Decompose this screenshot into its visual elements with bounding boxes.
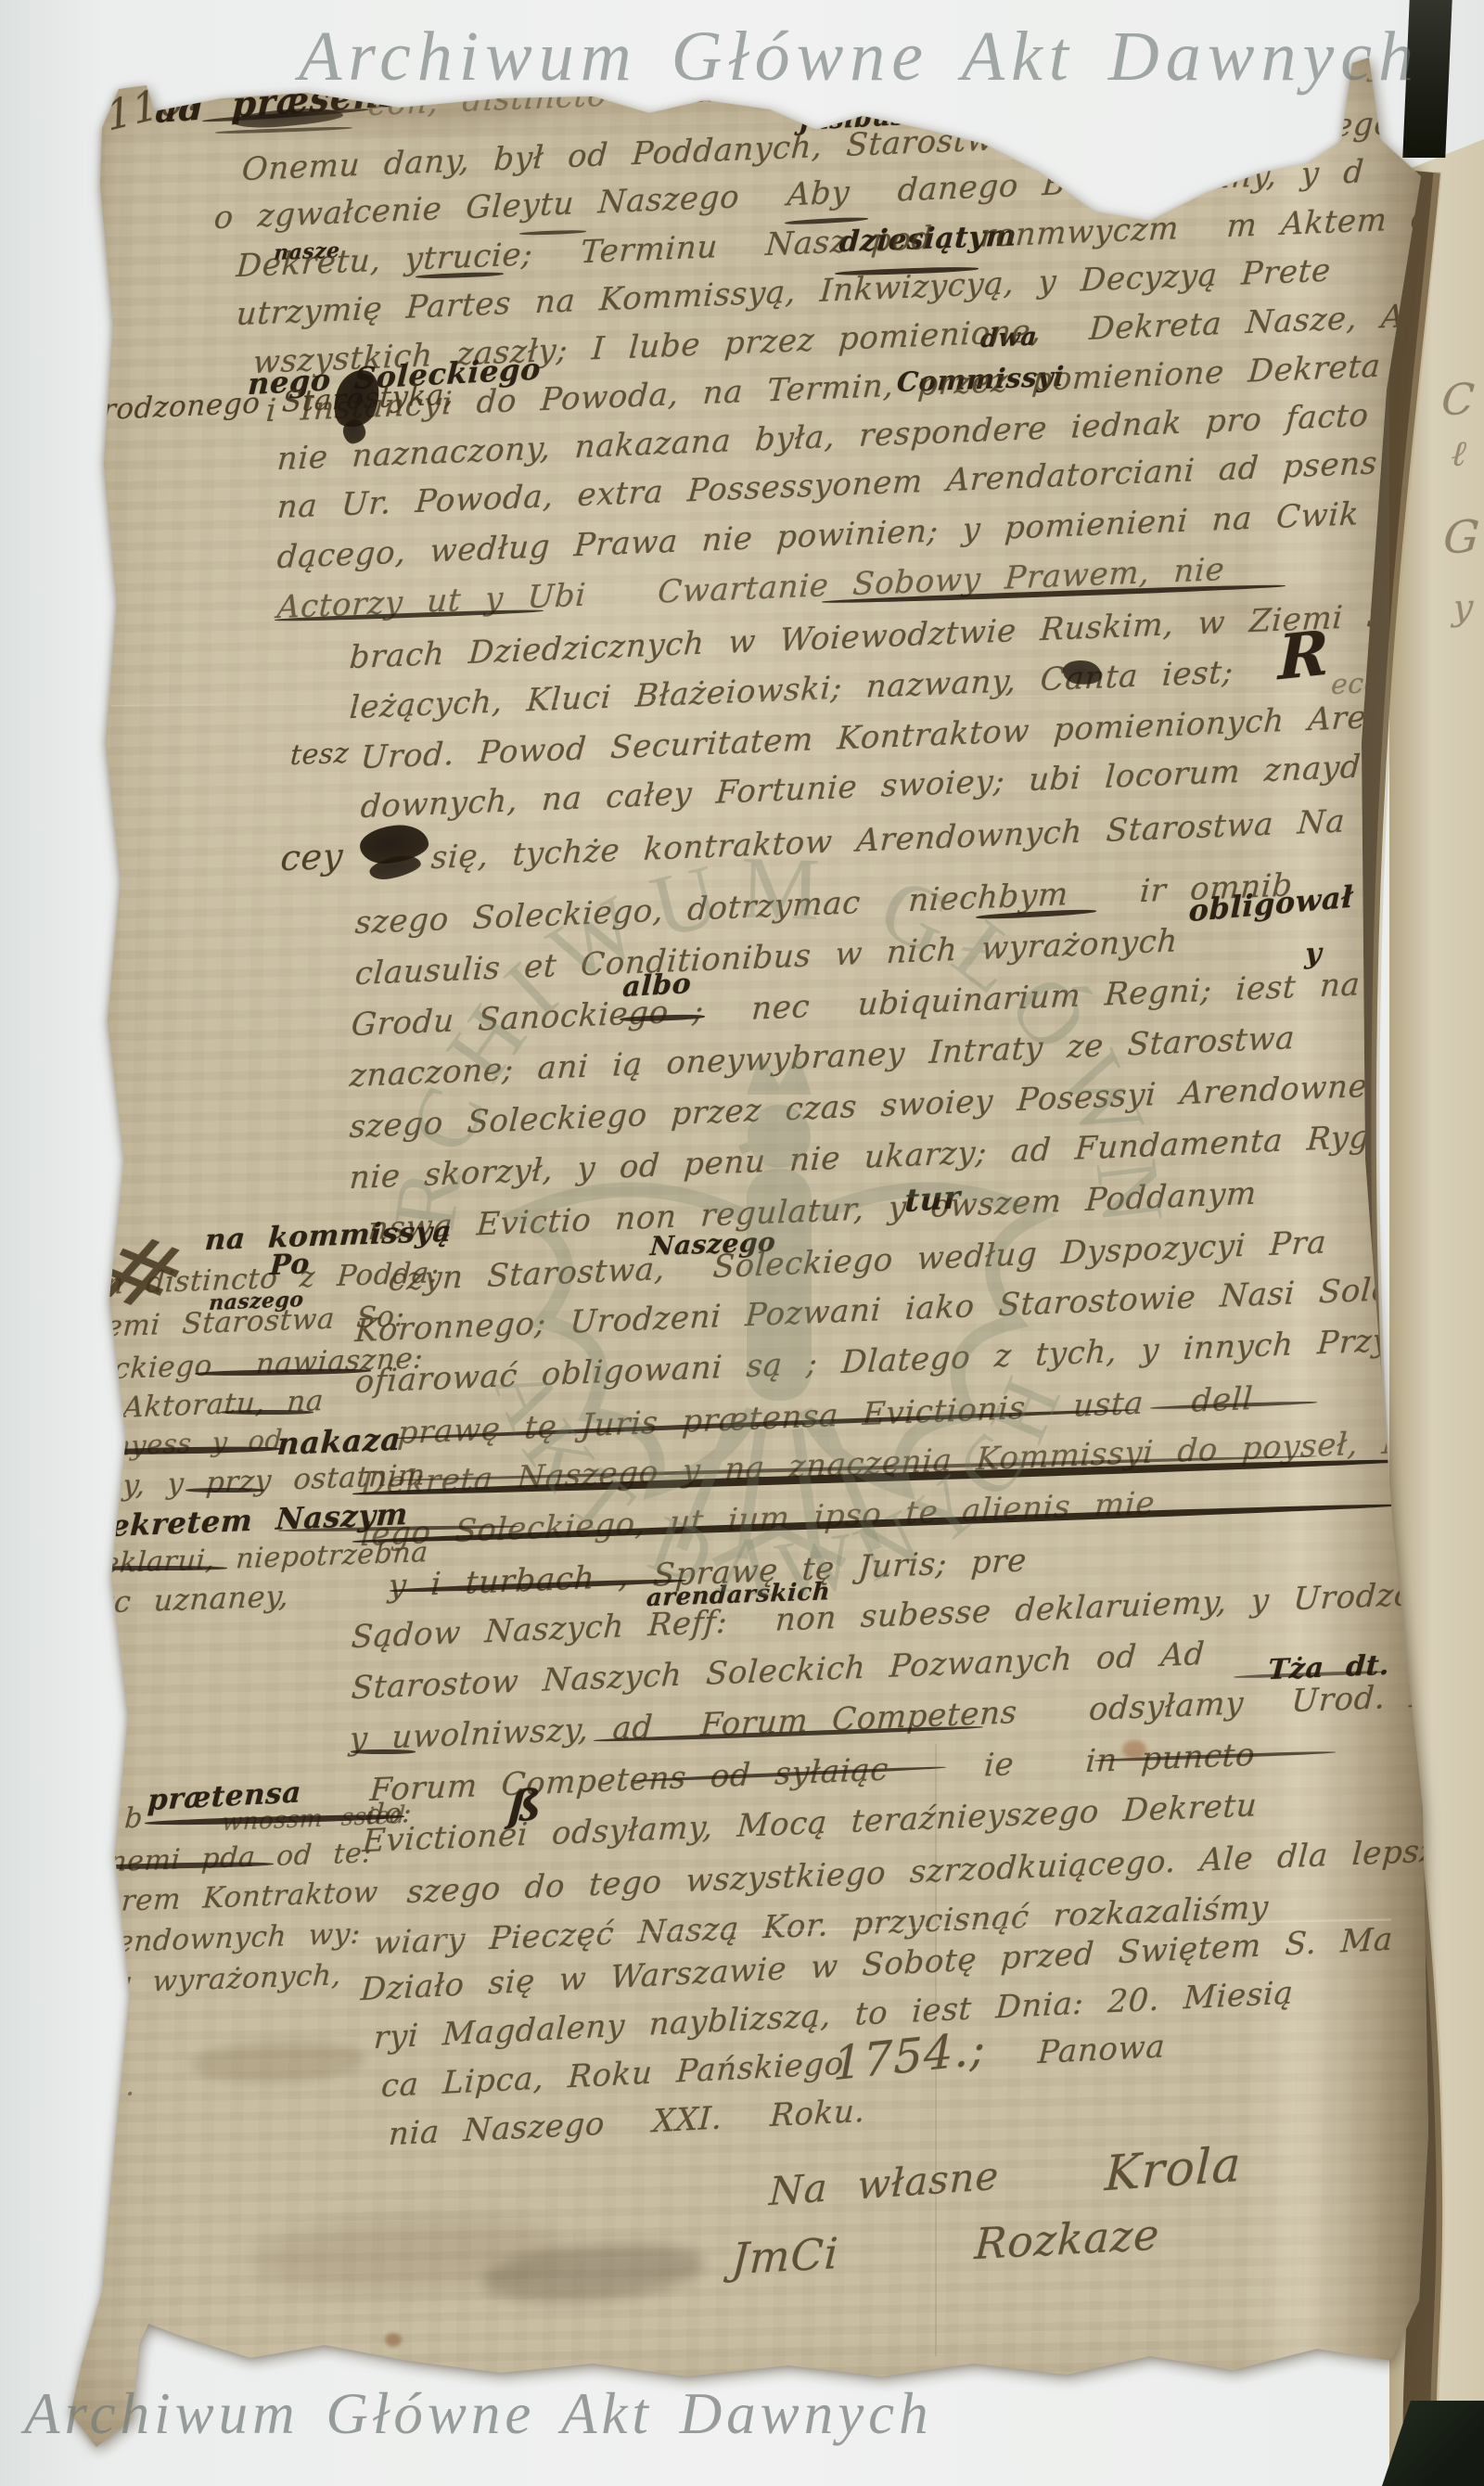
signature-line: Rozkaze <box>974 2213 1161 2266</box>
strike-mark <box>351 1749 416 1754</box>
signature-line: Krola <box>1104 2141 1242 2199</box>
handwriting-layer: 1116.ad præsenseon, distincto Acturatu e… <box>65 54 1438 2458</box>
margin-note: . . <box>95 2072 136 2102</box>
insertion-word: y <box>1304 940 1323 968</box>
stain <box>385 2333 402 2347</box>
insertion-word: tur <box>904 1182 961 1217</box>
signature-line: Na własne <box>769 2157 1000 2212</box>
margin-note: cey <box>279 839 344 876</box>
stain <box>1122 1740 1146 1759</box>
margin-note: deklarui, niepotrzebna <box>83 1539 429 1579</box>
margin-note: – Aktoratu, na <box>85 1387 325 1424</box>
insertion-word: Po <box>269 1250 311 1280</box>
margin-note: omyess y od <box>87 1427 284 1462</box>
insertion-word: arendarskich <box>646 1580 831 1610</box>
insertion-word: R <box>1278 621 1330 688</box>
margin-note: arendownych wy: <box>83 1920 362 1958</box>
margin-note: nakaza <box>276 1424 403 1459</box>
margin-note: o b <box>85 1805 144 1836</box>
stain <box>1187 594 1354 631</box>
signature-line: JmCi <box>731 2232 840 2280</box>
strike-mark <box>83 1566 227 1570</box>
paper-crease <box>935 1744 937 2356</box>
stain <box>305 83 547 135</box>
archival-scan: CℓGy 1116.ad præsenseon, distincto Actur… <box>0 0 1484 2486</box>
strike-mark <box>215 126 352 135</box>
paper-surface: 1116.ad præsenseon, distincto Acturatu e… <box>65 54 1438 2458</box>
margin-note: tesz <box>289 740 350 770</box>
manuscript-line: nia Naszego XXI. Roku. <box>388 2095 866 2150</box>
manuscript-line: ca Lipca, Roku Pańskiego <box>380 2048 845 2103</box>
manuscript-page: 1116.ad præsenseon, distincto Acturatu e… <box>65 54 1438 2458</box>
strike-mark <box>185 1488 264 1493</box>
margin-note: na kommissyą <box>204 1218 453 1255</box>
manuscript-line: Panowa <box>1037 2031 1166 2069</box>
margin-note: żey wyrażonych, <box>80 1961 342 1999</box>
date-year: 1754.; <box>833 2025 986 2088</box>
manuscript-line: ecep <box>1330 669 1401 699</box>
margin-note: tyc uznaney, <box>83 1581 290 1618</box>
stain <box>189 2038 366 2086</box>
margin-note: norem Kontraktow <box>83 1878 379 1917</box>
strike-mark <box>221 1410 313 1415</box>
margin-note: wnemi pda od te: <box>83 1839 373 1877</box>
